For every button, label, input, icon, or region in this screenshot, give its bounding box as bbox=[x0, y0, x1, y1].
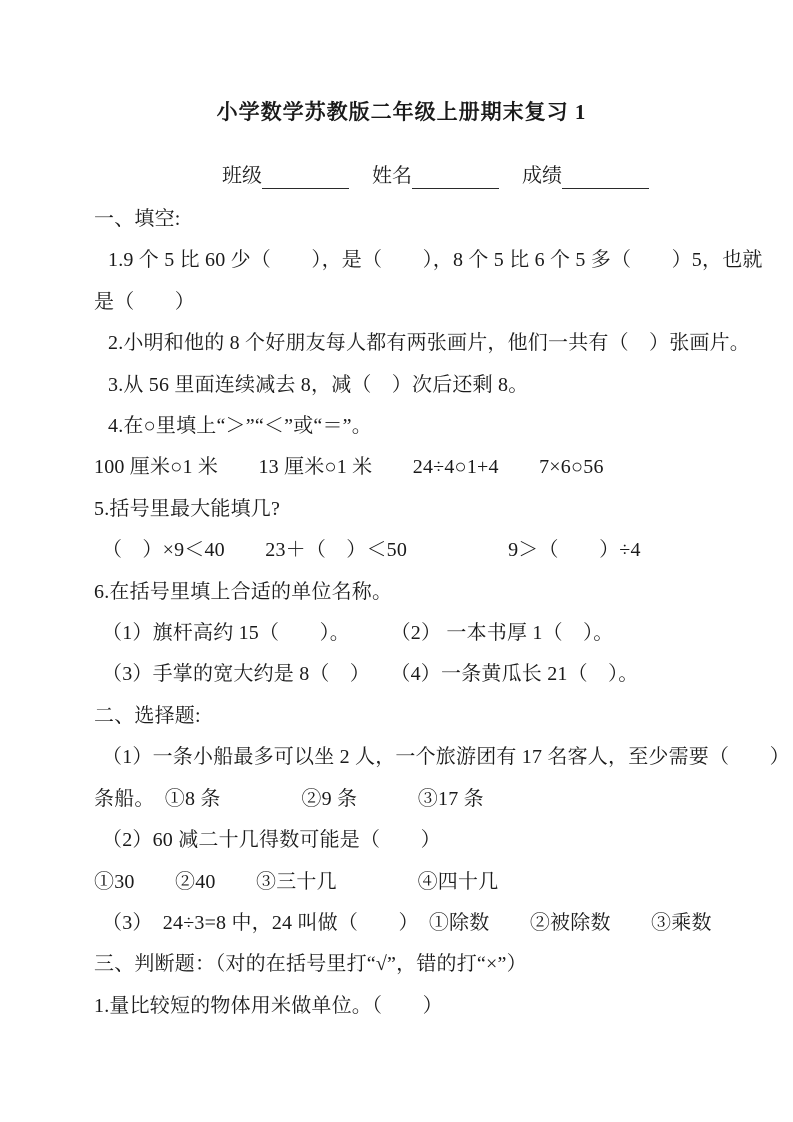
judge-q1: 1.量比较短的物体用米做单位。（ ） bbox=[94, 986, 709, 1027]
fill-q2: 2.小明和他的 8 个好朋友每人都有两张画片，他们一共有（ ）张画片。 bbox=[94, 323, 709, 364]
fill-q1-line2: 是（ ） bbox=[94, 282, 709, 323]
fill-q3: 3.从 56 里面连续减去 8，减（ ）次后还剩 8。 bbox=[94, 365, 709, 406]
name-blank-line bbox=[412, 164, 499, 189]
fill-q5: 5.括号里最大能填几? bbox=[94, 489, 709, 530]
choice-q1-line1: （1）一条小船最多可以坐 2 人，一个旅游团有 17 名客人，至少需要（ ） bbox=[94, 737, 709, 778]
header-fields: 班级 姓名 成绩 bbox=[222, 159, 709, 189]
fill-q6: 6.在括号里填上合适的单位名称。 bbox=[94, 572, 709, 613]
score-blank-line bbox=[562, 164, 649, 189]
choice-q2-options: ①30 ②40 ③三十几 ④四十几 bbox=[94, 862, 709, 903]
score-label: 成绩 bbox=[522, 163, 562, 189]
section-heading-choice: 二、选择题: bbox=[94, 696, 709, 737]
class-blank-line bbox=[262, 164, 349, 189]
page-title: 小学数学苏教版二年级上册期末复习 1 bbox=[94, 97, 709, 127]
class-field: 班级 bbox=[222, 163, 349, 189]
section-heading-judge: 三、判断题：（对的在括号里打“√”，错的打“×”） bbox=[94, 944, 709, 985]
fill-q4: 4.在○里填上“＞”“＜”或“＝”。 bbox=[94, 406, 709, 447]
choice-q3: （3） 24÷3=8 中，24 叫做（ ） ①除数 ②被除数 ③乘数 bbox=[94, 903, 709, 944]
score-field: 成绩 bbox=[522, 163, 649, 189]
fill-q6-items-1-2: （1）旗杆高约 15（ ）。 （2） 一本书厚 1（ ）。 bbox=[94, 613, 709, 654]
name-field: 姓名 bbox=[372, 163, 499, 189]
choice-q2: （2）60 减二十几得数可能是（ ） bbox=[94, 820, 709, 861]
fill-q6-items-3-4: （3）手掌的宽大约是 8（ ） （4）一条黄瓜长 21（ ）。 bbox=[94, 654, 709, 695]
choice-q1-options: 条船。 ①8 条 ②9 条 ③17 条 bbox=[94, 779, 709, 820]
fill-q4-comparisons: 100 厘米○1 米 13 厘米○1 米 24÷4○1+4 7×6○56 bbox=[94, 447, 709, 488]
worksheet-page: 小学数学苏教版二年级上册期末复习 1 班级 姓名 成绩 一、填空: 1.9 个 … bbox=[0, 0, 793, 1122]
fill-q1-line1: 1.9 个 5 比 60 少（ ），是（ ），8 个 5 比 6 个 5 多（ … bbox=[94, 240, 709, 281]
class-label: 班级 bbox=[222, 163, 262, 189]
name-label: 姓名 bbox=[372, 163, 412, 189]
fill-q5-blanks: （ ）×9＜40 23＋（ ）＜50 9＞（ ）÷4 bbox=[94, 530, 709, 571]
section-heading-fill-in: 一、填空: bbox=[94, 199, 709, 240]
worksheet-body: 一、填空: 1.9 个 5 比 60 少（ ），是（ ），8 个 5 比 6 个… bbox=[94, 199, 709, 1027]
